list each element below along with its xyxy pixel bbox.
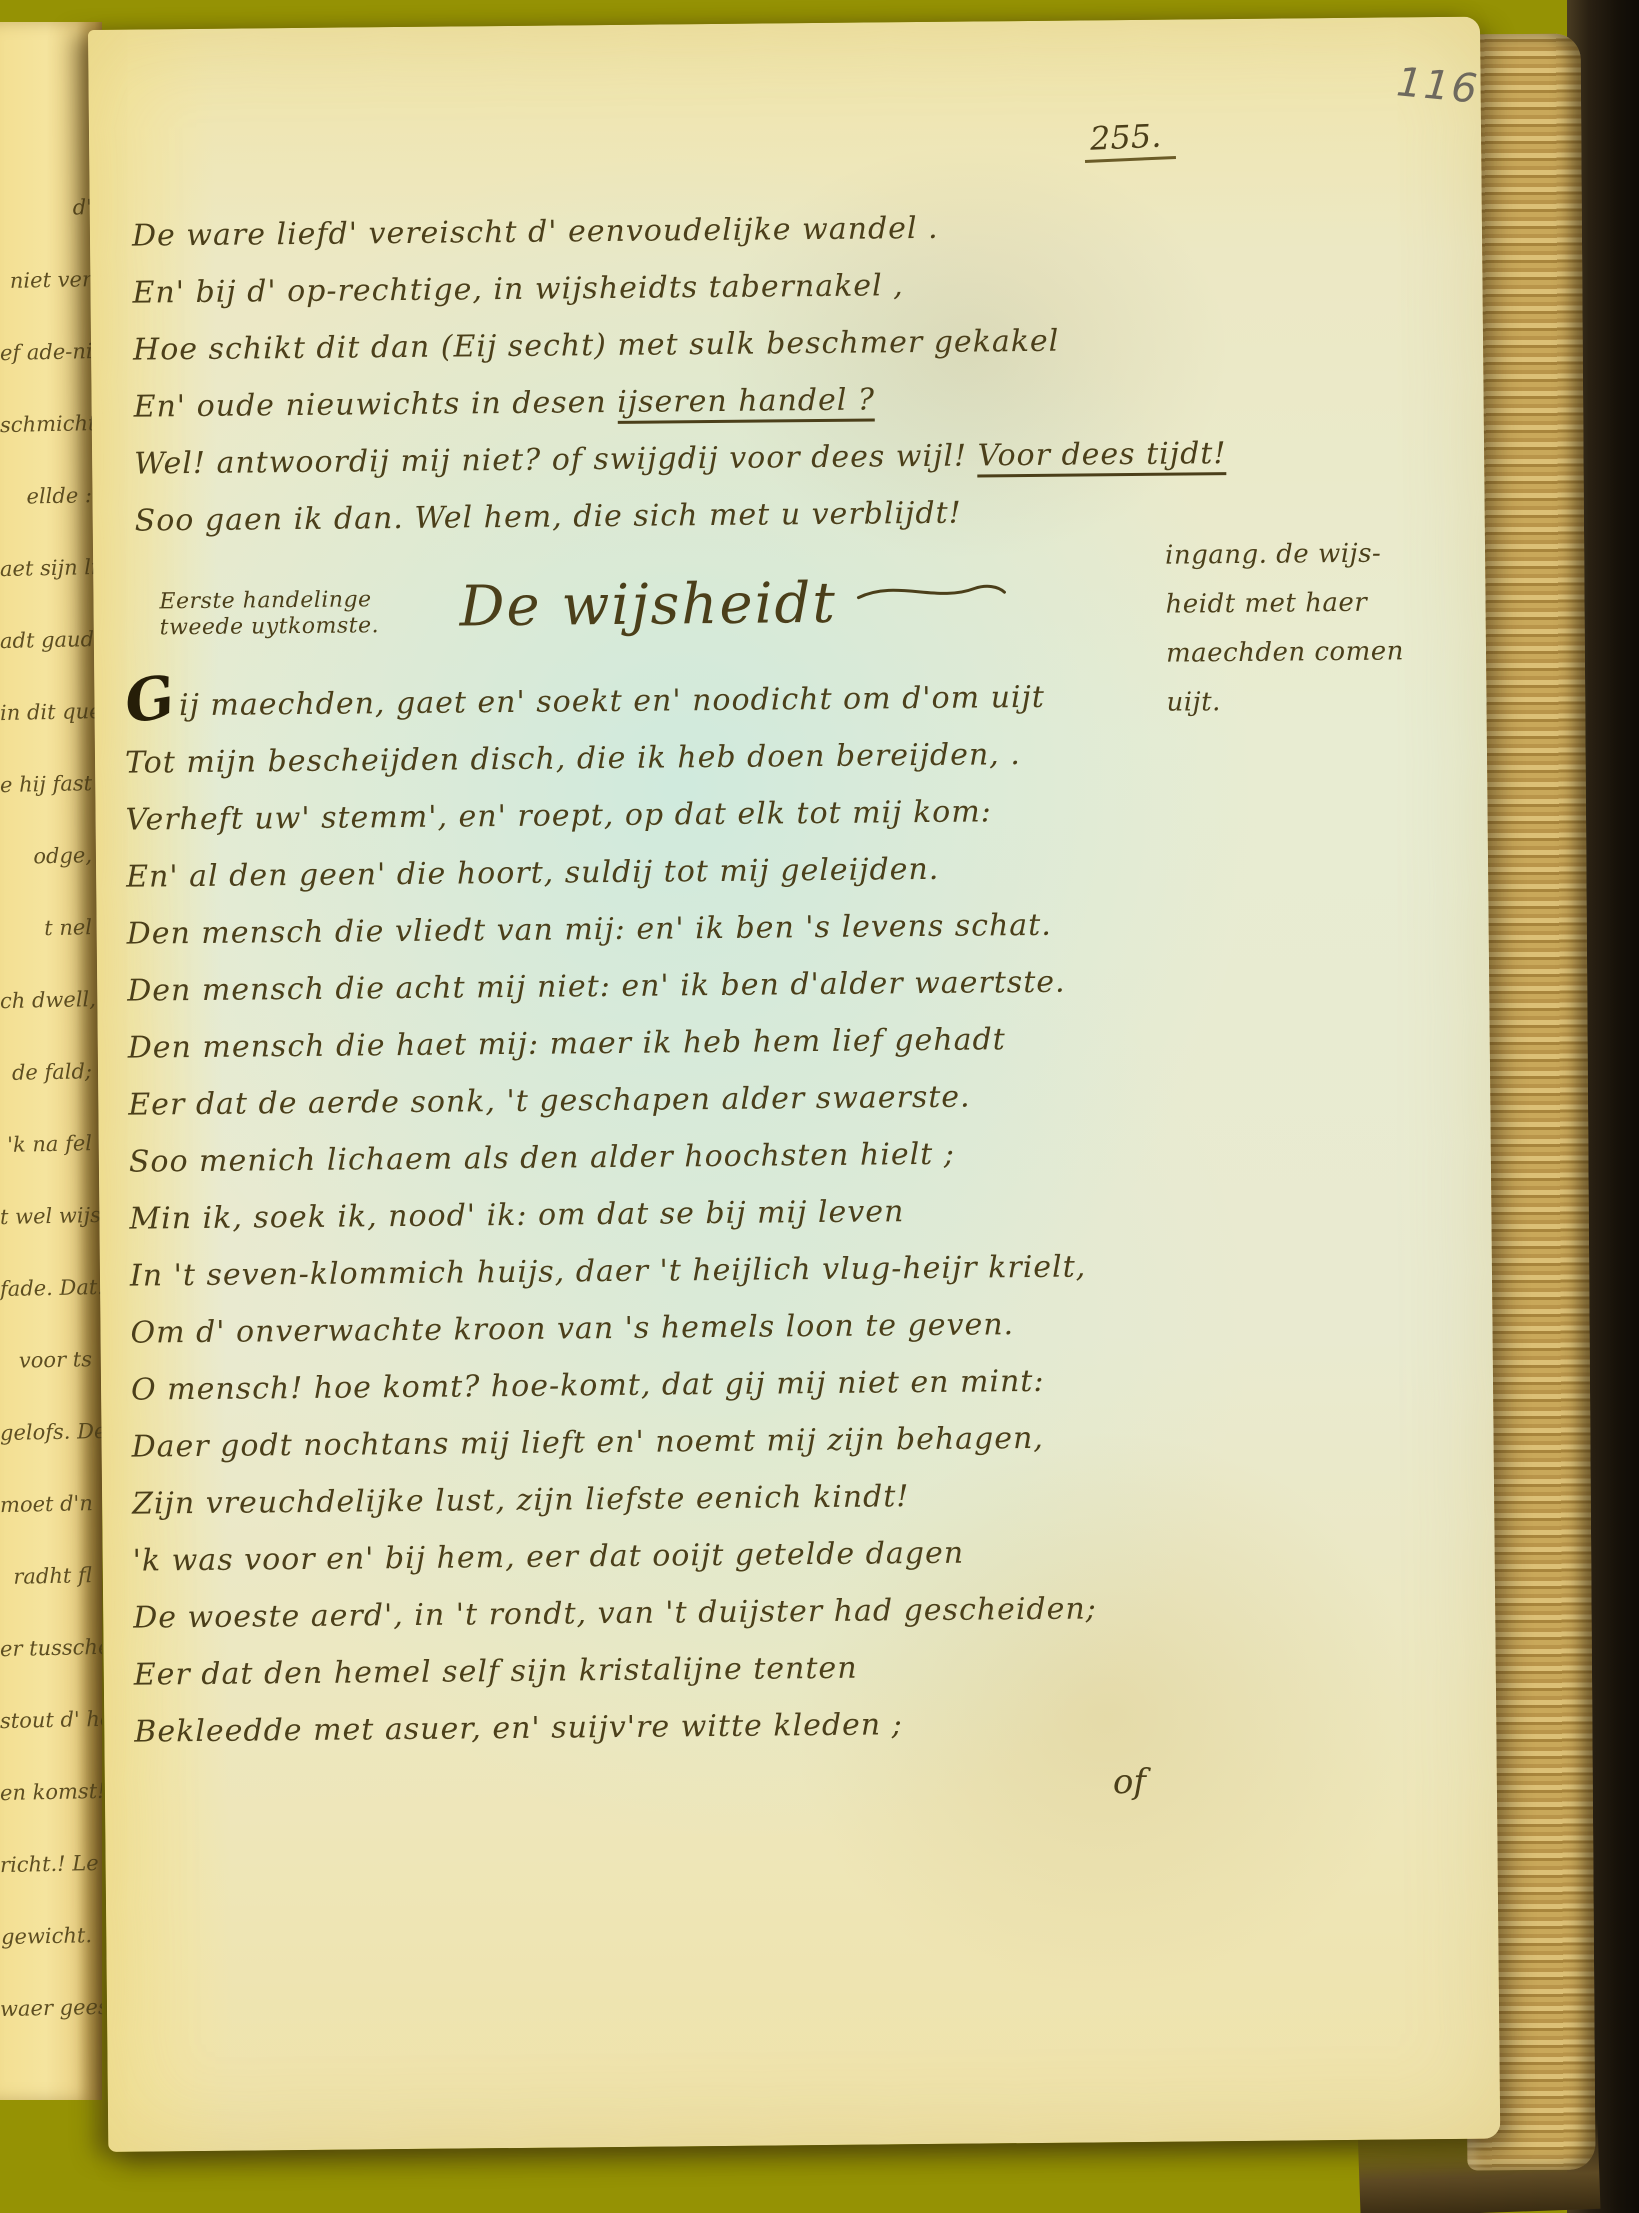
prologue-block: De ware liefd' vereischt d' eenvoudelijk… [132,195,1465,550]
left-page-fragment: gewicht. [0,1899,103,1973]
stage-note-left-line: tweede uytkomste. [160,613,380,641]
left-page-fragment: er tusschen [0,1611,103,1685]
left-page-fragment: in dit quel' [0,675,103,749]
opening-initial: G [125,695,175,703]
left-page-fragment: 'k na fel [0,1107,103,1181]
left-page-fragment: ellde : [0,459,103,533]
left-page-fragment: de fald; [0,1035,103,1109]
left-page-fragment: t nel [0,891,103,965]
stage-note-right-line: heidt met haer [1165,578,1403,629]
left-page-fragment: waer geest sch [0,1971,103,2045]
left-page-fragment: fade. Dat! [0,1251,103,1325]
left-page-fragment: ch dwell, [0,963,103,1037]
left-page-fragment: radht fl [0,1539,103,1613]
left-page-fragment: adt gaude. [0,603,103,677]
folio-number: 255. [1083,116,1176,163]
left-page-fragment: ef ade-niet [0,315,103,389]
page-number: 116 [1395,59,1481,113]
left-page-fragment: niet ver [0,243,103,317]
section-heading: De wijsheidt [459,569,1007,639]
left-page-fragment: richt.! Le [0,1827,103,1901]
left-page-fragment: gelofs. Del [0,1395,103,1469]
left-page-fragment: en komst! [0,1755,103,1829]
stage-note-left: Eerste handelinge tweede uytkomste. [159,587,379,641]
left-page-fragment: d' [0,171,103,245]
section-heading-title: De wijsheidt [459,571,837,640]
facing-page-top-blank [0,22,102,172]
underlined-phrase: ijseren handel ? [617,382,875,423]
left-page-fragment: moet d'n [0,1467,103,1541]
stage-note-right-line: ingang. de wijs- [1165,529,1403,580]
catchword: of [1113,1762,1146,1802]
prologue-line-text: En' oude nieuwichts in desen [133,385,617,425]
manuscript-page: 116 255. De ware liefd' vereischt d' een… [88,17,1500,2152]
left-page-fragment: e hij fast [0,747,103,821]
left-page-fragment: odge, [0,819,103,893]
heading-flourish-icon [856,576,1006,603]
left-page-fragment: aet sijn lied [0,531,103,605]
left-page-fragment: schmicht [0,387,103,461]
left-page-fragment: t wel wijs' [0,1179,103,1253]
underlined-phrase: Voor dees tijdt! [977,436,1226,477]
poem-line-text: ij maechden, gaet en' soekt en' noodicht… [179,680,1045,723]
facing-page-edge: d' niet ver ef ade-niet schmicht ellde :… [0,22,102,2100]
left-page-fragment: stout d' ho [0,1683,103,1757]
stage-note-left-line: Eerste handelinge [159,587,379,615]
poem-block: Gij maechden, gaet en' soekt en' noodich… [124,665,1464,1761]
prologue-line-text: Wel! antwoordij mij niet? of swijgdij vo… [134,438,978,481]
poem-line: Bekleedde met asuer, en' suijv're witte … [134,1691,1464,1761]
left-page-fragment: voor ts [0,1323,103,1397]
